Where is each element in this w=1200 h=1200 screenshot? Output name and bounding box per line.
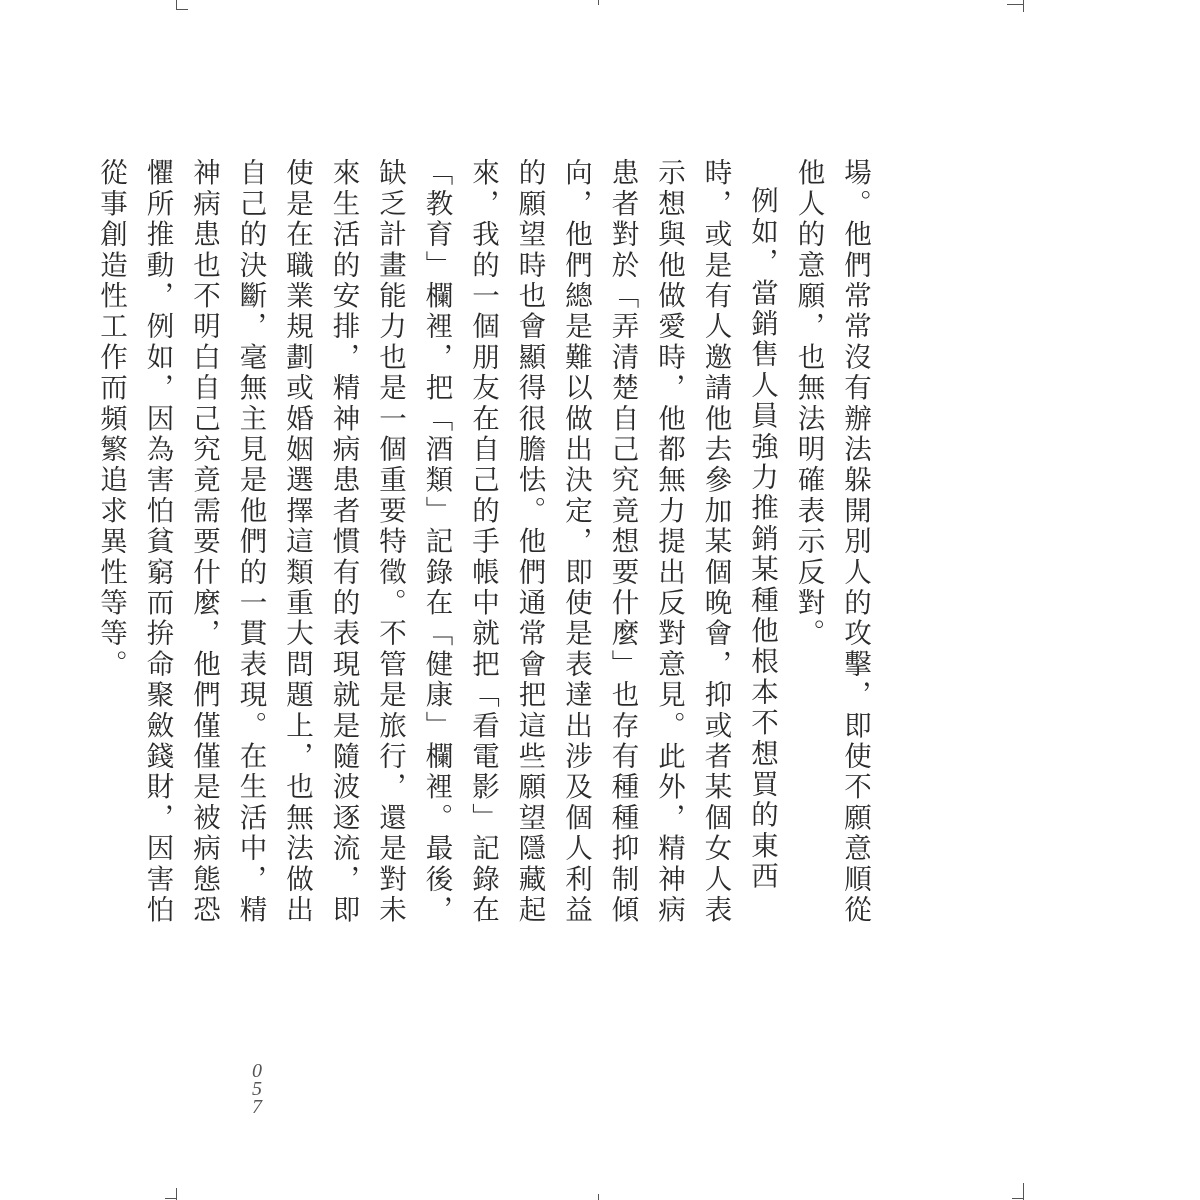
- crop-mark-bottom-left-h: [165, 1198, 177, 1199]
- crop-mark-top-right-h: [1007, 4, 1023, 5]
- crop-mark-bottom-right-h: [1012, 1198, 1024, 1199]
- paragraph-2: 例如，當銷售人員強力推銷某種他根本不想買的東西時，或是有人邀請他去參加某個晚會，…: [88, 158, 786, 948]
- page-number-digit: 7: [247, 1098, 267, 1116]
- page-number: 0 5 7: [247, 1062, 267, 1116]
- body-text: 場。他們常常沒有辦法躲開別人的攻擊，即使不願意順從他人的意願，也無法明確表示反對…: [88, 158, 879, 948]
- crop-mark-top-left-h: [176, 9, 188, 10]
- crop-mark-top-center: [598, 0, 599, 5]
- paragraph-1: 場。他們常常沒有辦法躲開別人的攻擊，即使不願意順從他人的意願，也無法明確表示反對…: [785, 158, 878, 948]
- crop-mark-top-right: [1023, 0, 1024, 12]
- crop-mark-bottom-center: [598, 1194, 599, 1200]
- book-page: 場。他們常常沒有辦法躲開別人的攻擊，即使不願意順從他人的意願，也無法明確表示反對…: [0, 0, 1200, 1200]
